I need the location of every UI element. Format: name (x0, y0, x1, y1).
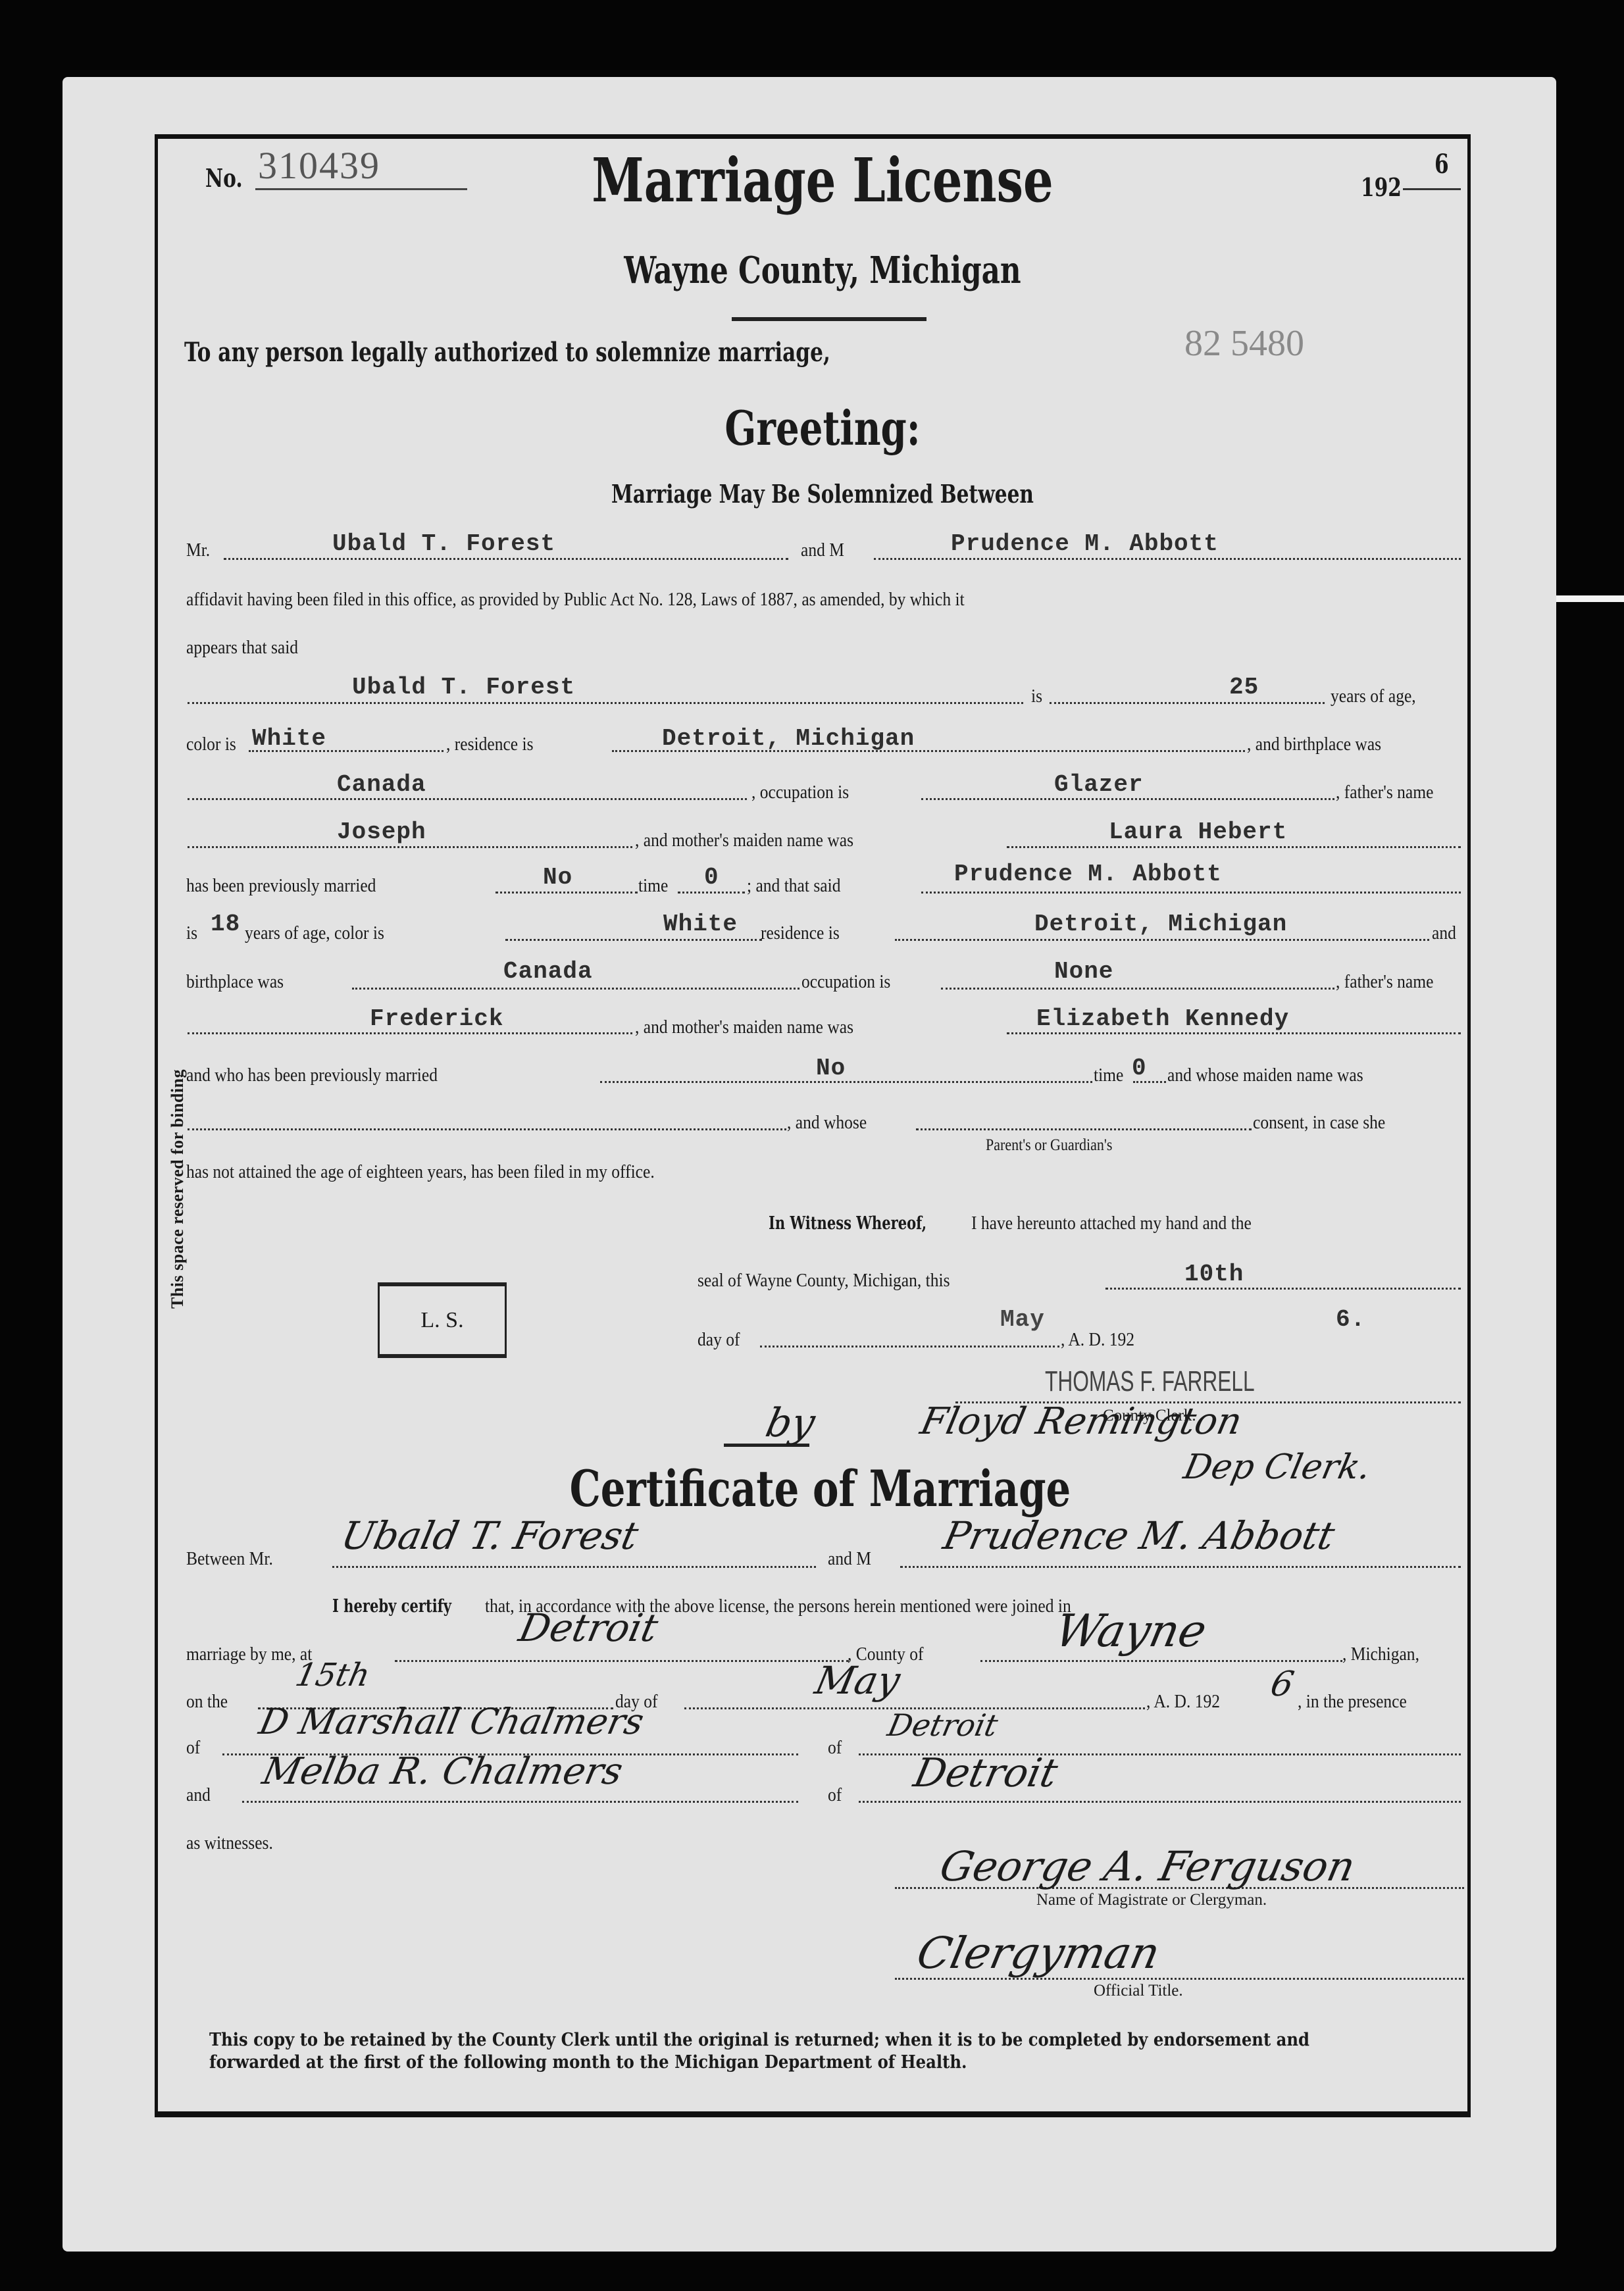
fathers-name-label-2: , father's name (1336, 971, 1433, 993)
witness1-signature: D Marshall Chalmers (255, 1701, 647, 1742)
bride-birthplace-field[interactable]: Canada (503, 958, 593, 985)
witness2-line (242, 1801, 798, 1803)
groom-birthplace-line (188, 798, 747, 800)
birthplace-label-2: birthplace was (186, 971, 284, 993)
mothers-maiden-label-2: , and mother's maiden name was (635, 1017, 853, 1038)
fathers-name-label: , father's name (1336, 782, 1433, 803)
groom-line (188, 702, 1023, 704)
bride-residence-line (895, 939, 1429, 941)
time-label-2: time (1094, 1065, 1123, 1086)
bride-prev-line (600, 1081, 1092, 1083)
affidavit-text: affidavit having been filed in this offi… (186, 589, 965, 611)
bride-mother-field[interactable]: Elizabeth Kennedy (1036, 1005, 1289, 1032)
groom-name-repeat[interactable]: Ubald T. Forest (352, 674, 575, 701)
bride-father-line (188, 1032, 632, 1034)
groom-father-field[interactable]: Joseph (337, 818, 426, 845)
ad-label: , A. D. 192 (1061, 1329, 1134, 1351)
groom-prev-line (495, 892, 638, 894)
groom-name-line (224, 558, 788, 560)
witness-lead: In Witness Whereof, (769, 1213, 926, 1234)
cert-ad-label: , A. D. 192 (1146, 1691, 1220, 1713)
birthplace-label: , and birthplace was (1247, 734, 1381, 755)
deputy-signature: Floyd Remington (917, 1400, 1246, 1443)
groom-times-line (678, 892, 745, 894)
as-witnesses-label: as witnesses. (186, 1832, 273, 1854)
seal-day-line (1105, 1288, 1461, 1290)
film-edge-mark (1555, 595, 1624, 602)
bride-father-field[interactable]: Frederick (370, 1005, 503, 1032)
groom-times-field[interactable]: 0 (704, 864, 719, 891)
certify-lead: I hereby certify (332, 1596, 451, 1617)
groom-color-field[interactable]: White (252, 725, 326, 752)
certificate-heading: Certificate of Marriage (570, 1459, 1063, 1518)
and-that-said-label: ; and that said (747, 875, 840, 897)
consent-label: consent, in case she (1253, 1112, 1385, 1134)
bride-occupation-field[interactable]: None (1054, 958, 1113, 985)
day-of-label: day of (698, 1329, 740, 1351)
groom-birthplace-field[interactable]: Canada (337, 771, 426, 798)
cert-bride-line (900, 1566, 1461, 1568)
bride-birthplace-line (352, 988, 799, 990)
and-label: and (1432, 922, 1456, 944)
officiant-title: Clergyman (913, 1928, 1165, 1978)
bride-name-field[interactable]: Prudence M. Abbott (951, 530, 1219, 557)
cert-month-field: May (811, 1658, 904, 1703)
bride-occupation-line (941, 988, 1334, 990)
marriage-at-label: marriage by me, at (186, 1644, 312, 1665)
groom-name-field[interactable]: Ubald T. Forest (332, 530, 555, 557)
bride-maiden-line (188, 1128, 786, 1130)
seal-day-field[interactable]: 10th (1184, 1261, 1244, 1288)
prev-married-label: has been previously married (186, 875, 376, 897)
year-suffix: 6 (1434, 149, 1449, 180)
witness1-place: Detroit (884, 1707, 1001, 1743)
groom-age-field[interactable]: 25 (1229, 674, 1259, 701)
by-label: by (762, 1400, 819, 1446)
between-mr-label: Between Mr. (186, 1548, 273, 1570)
county-subtitle: Wayne County, Michigan (607, 249, 1038, 292)
cert-county-line (980, 1660, 1342, 1662)
michigan-label: , Michigan, (1342, 1644, 1419, 1665)
license-number-line (255, 188, 467, 190)
groom-mother-line (1007, 846, 1461, 848)
greeting-subheading: Marriage May Be Solemnized Between (540, 479, 1105, 509)
appears-text: appears that said (186, 637, 298, 659)
is-label: is (1031, 686, 1042, 707)
officiant-label: Name of Magistrate or Clergyman. (1036, 1891, 1267, 1909)
cert-county-field: Wayne (1051, 1605, 1211, 1657)
seal-month-field[interactable]: May (1000, 1306, 1045, 1333)
parent-guardian-caption: Parent's or Guardian's (986, 1136, 1112, 1155)
time-label: time (638, 875, 668, 897)
certify-clause: I hereby certify that, in accordance wit… (332, 1596, 1151, 1617)
color-label: color is (186, 734, 236, 755)
years-color-label: years of age, color is (245, 922, 384, 944)
seal-year-field[interactable]: 6. (1336, 1306, 1365, 1333)
bride-prev-married-field[interactable]: No (816, 1055, 846, 1082)
groom-prev-married-field[interactable]: No (543, 864, 572, 891)
license-number-label: No. (205, 163, 243, 193)
witness-clause: In Witness Whereof, I have hereunto atta… (769, 1213, 1290, 1234)
mr-label: Mr. (186, 540, 210, 561)
on-the-label: on the (186, 1691, 228, 1713)
who-prev-married-label: and who has been previously married (186, 1065, 438, 1086)
residence-label-2: residence is (761, 922, 840, 944)
clerk-stamp: THOMAS F. FARRELL (1045, 1365, 1255, 1398)
cert-day-field: 15th (292, 1657, 373, 1694)
guardian-line (916, 1128, 1252, 1130)
bride-color-field[interactable]: White (663, 911, 738, 938)
file-stamp: 82 5480 (1184, 322, 1304, 365)
license-number: 310439 (258, 143, 380, 188)
witness2-place-of-label: of (828, 1784, 842, 1806)
cert-place-field: Detroit (515, 1605, 662, 1650)
seal-box-label: L. S. (420, 1308, 463, 1333)
cert-groom-signature: Ubald T. Forest (338, 1513, 642, 1558)
bride-name-repeat[interactable]: Prudence M. Abbott (954, 861, 1222, 888)
officiant-signature: George A. Ferguson (936, 1842, 1359, 1890)
cert-groom-line (332, 1566, 816, 1568)
groom-mother-field[interactable]: Laura Hebert (1109, 818, 1287, 845)
witness-text: I have hereunto attached my hand and the (971, 1213, 1252, 1234)
title-label: Official Title. (1094, 1982, 1183, 2000)
not-attained-text: has not attained the age of eighteen yea… (186, 1161, 655, 1183)
address-line: To any person legally authorized to sole… (184, 337, 830, 368)
cert-bride-signature: Prudence M. Abbott (940, 1513, 1339, 1558)
year-prefix: 192 (1361, 172, 1402, 202)
and-whose-label: , and whose (787, 1112, 867, 1134)
residence-label: , residence is (446, 734, 534, 755)
occupation-label: , occupation is (751, 782, 849, 803)
whose-maiden-label: and whose maiden name was (1167, 1065, 1363, 1086)
bride-age-field[interactable]: 18 (211, 911, 240, 938)
mothers-maiden-label: , and mother's maiden name was (635, 830, 853, 851)
groom-residence-field[interactable]: Detroit, Michigan (662, 725, 915, 752)
deputy-title: Dep Clerk. (1180, 1448, 1375, 1487)
presence-label: , in the presence (1298, 1691, 1407, 1713)
year-line (1403, 188, 1461, 190)
bride-name-line-2 (921, 892, 1461, 894)
witness2-signature: Melba R. Chalmers (259, 1750, 626, 1793)
cert-and-m-label: and M (828, 1548, 871, 1570)
bride-color-line (505, 939, 762, 941)
seal-text: seal of Wayne County, Michigan, this (698, 1270, 950, 1292)
seal-box: L. S. (378, 1282, 507, 1358)
witness2-and-label: and (186, 1784, 211, 1806)
groom-occupation-line (921, 798, 1334, 800)
witness2-place-line (859, 1801, 1461, 1803)
cert-place-line (395, 1660, 849, 1662)
title-rule (732, 317, 926, 321)
footer-note: This copy to be retained by the County C… (209, 2029, 1382, 2074)
witness1-of-label: of (186, 1737, 200, 1759)
occupation-label-2: occupation is (801, 971, 890, 993)
witness1-place-of-label: of (828, 1737, 842, 1759)
groom-age-line (1050, 702, 1325, 704)
bride-times-field[interactable]: 0 (1132, 1055, 1147, 1082)
groom-occupation-field[interactable]: Glazer (1054, 771, 1144, 798)
is-label-2: is (186, 922, 197, 944)
witness2-place: Detroit (910, 1750, 1062, 1796)
groom-father-line (188, 846, 632, 848)
and-m-label: and M (801, 540, 844, 561)
page-title: Marriage License (581, 145, 1063, 216)
bride-residence-field[interactable]: Detroit, Michigan (1034, 911, 1287, 938)
bride-name-line (874, 558, 1461, 560)
bride-mother-line (1007, 1032, 1461, 1034)
greeting-heading: Greeting: (658, 400, 986, 456)
seal-month-line (760, 1346, 1059, 1347)
years-of-age-label: years of age, (1331, 686, 1416, 707)
